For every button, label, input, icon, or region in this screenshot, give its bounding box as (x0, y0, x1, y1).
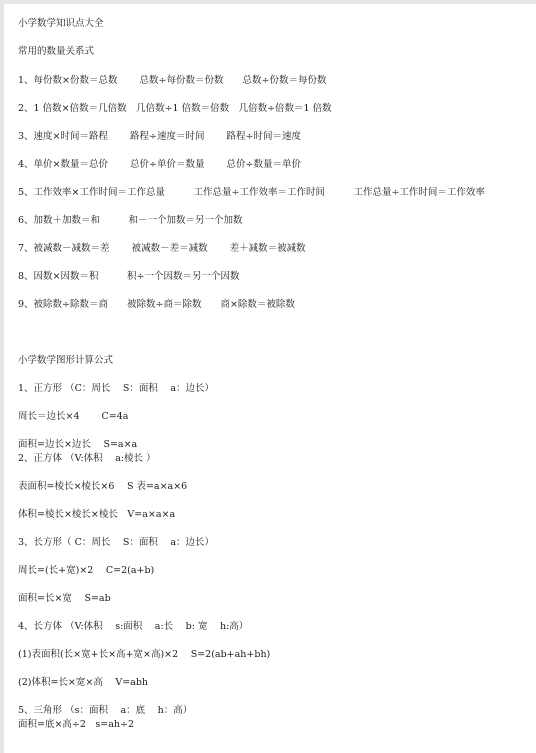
relation-line: 2、1 倍数×倍数＝几倍数 几倍数÷1 倍数＝倍数 几倍数÷倍数＝1 倍数 (18, 103, 332, 115)
formula-line: 3、长方形（ C：周长 S：面积 a：边长） (18, 537, 214, 549)
relation-line: 8、因数×因数＝积 积÷一个因数＝另一个因数 (18, 271, 239, 283)
formula-line: 周长=(长+宽)×2 C=2(a+b) (18, 565, 154, 577)
formula-line: 2、正方体 （V:体积 a:棱长 ） (18, 453, 156, 465)
relation-line: 3、速度×时间＝路程 路程÷速度＝时间 路程÷时间＝速度 (18, 131, 301, 143)
relation-line: 4、单价×数量＝总价 总价÷单价＝数量 总价÷数量＝单价 (18, 159, 301, 171)
relation-line: 7、被减数－减数＝差 被减数－差＝减数 差＋减数＝被减数 (18, 243, 306, 255)
relation-line: 6、加数＋加数＝和 和－一个加数＝另一个加数 (18, 215, 243, 227)
document-title: 小学数学知识点大全 (18, 18, 104, 30)
relation-line: 5、工作效率×工作时间＝工作总量 工作总量÷工作效率＝工作时间 工作总量÷工作时… (18, 187, 485, 199)
formula-line: 体积=棱长×棱长×棱长 V=a×a×a (18, 509, 175, 521)
formula-line: 面积=长×宽 S=ab (18, 593, 111, 605)
formula-line: 1、正方形 （C：周长 S：面积 a：边长） (18, 383, 214, 395)
formula-line: 面积=边长×边长 S=a×a (18, 439, 137, 451)
section-title-relations: 常用的数量关系式 (18, 46, 94, 58)
formula-line: (1)表面积(长×宽+长×高+宽×高)×2 S=2(ab+ah+bh) (18, 649, 270, 661)
formula-line: 周长＝边长×4 C=4a (18, 411, 128, 423)
document-page: 小学数学知识点大全 常用的数量关系式 1、每份数×份数＝总数 总数÷每份数＝份数… (4, 4, 536, 753)
relation-line: 1、每份数×份数＝总数 总数÷每份数＝份数 总数÷份数＝每份数 (18, 75, 326, 87)
formula-line: (2)体积=长×宽×高 V=abh (18, 677, 148, 689)
formula-line: 4、长方体 （V:体积 s:面积 a:长 b: 宽 h:高） (18, 621, 248, 633)
formula-line: 5、三角形 （s：面积 a：底 h：高） (18, 705, 192, 717)
relation-line: 9、被除数÷除数＝商 被除数÷商＝除数 商×除数＝被除数 (18, 299, 295, 311)
formula-line: 面积=底×高÷2 s=ah÷2 (18, 719, 134, 731)
formula-line: 表面积=棱长×棱长×6 S 表=a×a×6 (18, 481, 187, 493)
section-title-shapes: 小学数学图形计算公式 (18, 355, 113, 367)
